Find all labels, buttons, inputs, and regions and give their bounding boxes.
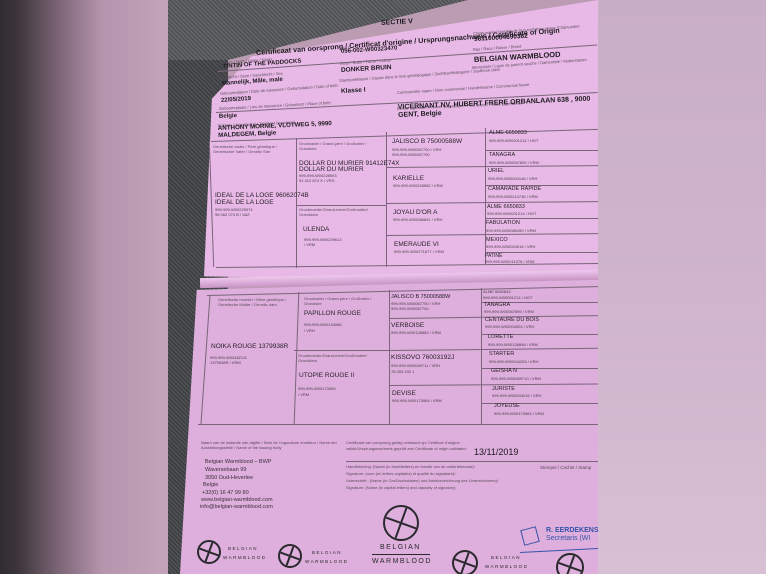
gggp-name: ALME 6650833 bbox=[483, 289, 511, 294]
gggp-id: 999-999-W00214736 / VRM bbox=[488, 194, 538, 199]
ggp-id: 999-999-W00069711 / VRH bbox=[391, 363, 440, 368]
gggp-name: CAMARADE RAPIDE bbox=[488, 186, 541, 192]
gggp-name: JOYEUSE bbox=[494, 403, 520, 409]
ggp-name: KARIELLE bbox=[393, 175, 424, 182]
logo-text-warmblood: WARMBLOOD bbox=[372, 558, 432, 565]
grandsire-label: Grootvader / Grand-père / Großvater / Gr… bbox=[304, 296, 384, 306]
gggp-id: 999-999-W00086490 / VRM bbox=[486, 228, 536, 233]
gggp-id: 999-999-W00004148 / VRH bbox=[488, 176, 537, 181]
granddam-name: ULENDA bbox=[303, 226, 329, 233]
sire-name: IDEAL DE LA LOGE 96062074B bbox=[215, 192, 309, 199]
stamp-name: R. EERDEKENS bbox=[546, 527, 599, 534]
gggp-name: TANAGRA bbox=[484, 302, 510, 308]
ggp-name: VERBOISE bbox=[391, 322, 424, 329]
signature-line: Signature: (nom (en lettres capitales) e… bbox=[346, 471, 455, 476]
gggp-id: 999-999-W00004004 / VRH bbox=[485, 324, 534, 329]
gggp-name: ALME 6650833 bbox=[487, 204, 525, 210]
gggp-id: 999-999-W00067699 / VRM bbox=[489, 160, 539, 165]
gggp-name: URIEL bbox=[488, 168, 504, 174]
gggp-id: 999-999-W00211076 / VRM bbox=[485, 259, 535, 264]
granddam-label: Grootmoeder/Grand-mère/Großmutter/ Grand… bbox=[299, 207, 379, 217]
pob-value: Belgie bbox=[219, 113, 237, 120]
granddam-studbook-id: / VRM bbox=[304, 242, 315, 247]
gggp-name: STARTER bbox=[489, 351, 514, 357]
sire-label: Genetische vader / Père génétique / Gene… bbox=[213, 144, 293, 154]
gggp-name: ALME 6650833 bbox=[489, 130, 527, 136]
ggp-name: KISSOVO 76003192J bbox=[391, 354, 454, 361]
dam-studbook-id: 1379938R / VRM bbox=[210, 360, 241, 365]
ggp-name: JOYAU D'OR A bbox=[393, 209, 437, 216]
ggp-id: 999-999-W00173964 / VRM bbox=[392, 398, 442, 403]
section-title: SECTIE V bbox=[381, 18, 413, 27]
stamp-label: Stempel / Cachet / Stamp bbox=[540, 465, 591, 470]
ggp-id: 999-999-W00128863 / VRM bbox=[391, 330, 441, 335]
grandsire-name: PAPILLON ROUGE bbox=[304, 310, 361, 317]
stamp-role: Secretaris (WI bbox=[546, 535, 590, 542]
issuer-email[interactable]: info@belgian-warmblood.com bbox=[200, 504, 273, 510]
grandsire-studbook-id: 91 412 674 X / VRS bbox=[299, 178, 334, 183]
dam-name: NOIKA ROUGE 1379938R bbox=[211, 343, 288, 350]
logo-text-warmblood: WARMBLOOD bbox=[223, 555, 266, 560]
gggp-name: TANAGRA bbox=[489, 152, 515, 158]
logo-text-belgian: BELGIAN bbox=[312, 550, 342, 555]
dam-label: Genetische moeder / Mère génétique / Gen… bbox=[218, 297, 294, 307]
studbook-value: Klasse I bbox=[341, 87, 366, 95]
gggp-id: 999-999-W00128848 / VRM bbox=[488, 342, 538, 347]
granddam-id: 999-999-W00173965 bbox=[298, 386, 336, 391]
grandsire-alt-name: DOLLAR DU MURIER bbox=[299, 166, 364, 173]
gggp-id: 999-999-W00173963 / VRM bbox=[494, 411, 544, 416]
logo-text-warmblood: WARMBLOOD bbox=[485, 564, 528, 569]
bwp-logo-icon bbox=[197, 540, 221, 564]
bwp-logo-icon bbox=[452, 550, 478, 574]
logo-text-warmblood: WARMBLOOD bbox=[305, 559, 348, 564]
sire-alt-name: IDEAL DE LA LOGE bbox=[215, 199, 274, 206]
bwp-logo-icon bbox=[383, 505, 419, 541]
divider bbox=[346, 461, 598, 462]
gggp-name: LORETTE bbox=[488, 334, 513, 340]
logo-text-belgian: BELGIAN bbox=[380, 544, 421, 551]
ggp-id: 999-999-W00228582 / VRM bbox=[393, 183, 443, 188]
ggp-name: EMERAUDE VI bbox=[394, 241, 439, 248]
gggp-name: FABULATION bbox=[486, 220, 520, 226]
gggp-id: 999-999-W00001214 / HGT bbox=[489, 138, 538, 143]
gggp-id: 999-999-W00044253 / VRH bbox=[489, 359, 538, 364]
gggp-id: 999-999-W00004016 / VRH bbox=[492, 393, 541, 398]
granddam-label: Grootmoeder/Grand-mère/Großmutter/ Grand… bbox=[298, 353, 378, 363]
grid-line bbox=[198, 424, 598, 425]
grid-line bbox=[294, 350, 389, 351]
signature-line: Signature: (Name (in capital letters) an… bbox=[346, 485, 456, 490]
grandsire-studbook-id: / VRH bbox=[304, 328, 315, 333]
signature-line: Handtekening: (Naam (in hoofdletters) en… bbox=[346, 464, 475, 469]
logo-text-belgian: BELGIAN bbox=[228, 546, 258, 551]
grandsire-label: Grootvader / Grand-père / Großvater / Gr… bbox=[299, 141, 379, 151]
grid-line bbox=[296, 138, 297, 268]
logo-divider bbox=[372, 554, 430, 555]
ggp-id: 999-999-W00271677 / VRM bbox=[394, 249, 444, 254]
issuer-street: Waversebaan 99 bbox=[205, 467, 246, 473]
ggp-id: 999-999-W00086691 / VRH bbox=[393, 217, 442, 222]
ggp-id2: 999-999-W00067700 bbox=[391, 306, 429, 311]
issuer-website[interactable]: www.belgian-warmblood.com bbox=[201, 497, 273, 503]
issuer-phone: +32(0) 16 47 99 80 bbox=[202, 490, 249, 496]
granddam-studbook-id: / VRM bbox=[298, 392, 309, 397]
issuer-city: 3050 Oud-Heverlee bbox=[205, 475, 253, 481]
issuing-body-label: Naam van de instantie van afgifte / Nom … bbox=[201, 440, 341, 450]
sire-studbook-id: 96 062 074 B / VAZ bbox=[215, 212, 250, 217]
gggp-name: GEISHA N bbox=[491, 368, 517, 374]
grid-line bbox=[386, 132, 387, 267]
granddam-name: UTOPIE ROUGE II bbox=[299, 372, 354, 379]
signature-line: Unterschrift : (Name (in Großbuchstaben)… bbox=[346, 478, 498, 483]
background-blur-left bbox=[0, 0, 170, 574]
bwp-logo-icon bbox=[556, 553, 584, 574]
gggp-name: CENTAURE DU BOIS bbox=[485, 317, 539, 323]
validated-label: Certificaat van oorsprong geldig verklaa… bbox=[346, 440, 476, 451]
gggp-id: 999-999-W00001214 / HGT bbox=[487, 211, 536, 216]
grid-line bbox=[485, 218, 598, 219]
issuer-name: Belgian Warmblood – BWP bbox=[205, 459, 271, 465]
logo-text-belgian: BELGIAN bbox=[491, 555, 521, 560]
ggp-id2: 999-999-W00067700 bbox=[392, 152, 430, 157]
grid-line bbox=[296, 205, 386, 206]
gggp-id: 999-999-W00001214 / HGT bbox=[483, 295, 532, 300]
background-blur-right bbox=[598, 0, 766, 574]
issuer-country: Belgie bbox=[203, 482, 218, 488]
gggp-name: MEXICO bbox=[486, 237, 508, 243]
ggp-name: DEVISE bbox=[392, 390, 416, 397]
ggp-name: JALISCO B 75000588W bbox=[392, 138, 462, 145]
grid-line bbox=[485, 150, 598, 151]
gggp-id: 999-999-W00067699 / VRM bbox=[484, 309, 534, 314]
gggp-name: JURISTE bbox=[492, 386, 515, 392]
grid-line bbox=[389, 290, 390, 424]
gggp-id: 999-999-W00069710 / VRM bbox=[491, 376, 541, 381]
gggp-id: 999-999-W00004016 / VRH bbox=[486, 244, 535, 249]
grandsire-id: 999-999-W00144085 bbox=[304, 322, 342, 327]
validated-date: 13/11/2019 bbox=[474, 447, 518, 457]
ggp-id2: 76 003 192 J bbox=[391, 369, 414, 374]
ggp-name: JALISCO B 75000588W bbox=[391, 294, 450, 300]
bwp-logo-icon bbox=[278, 544, 302, 568]
